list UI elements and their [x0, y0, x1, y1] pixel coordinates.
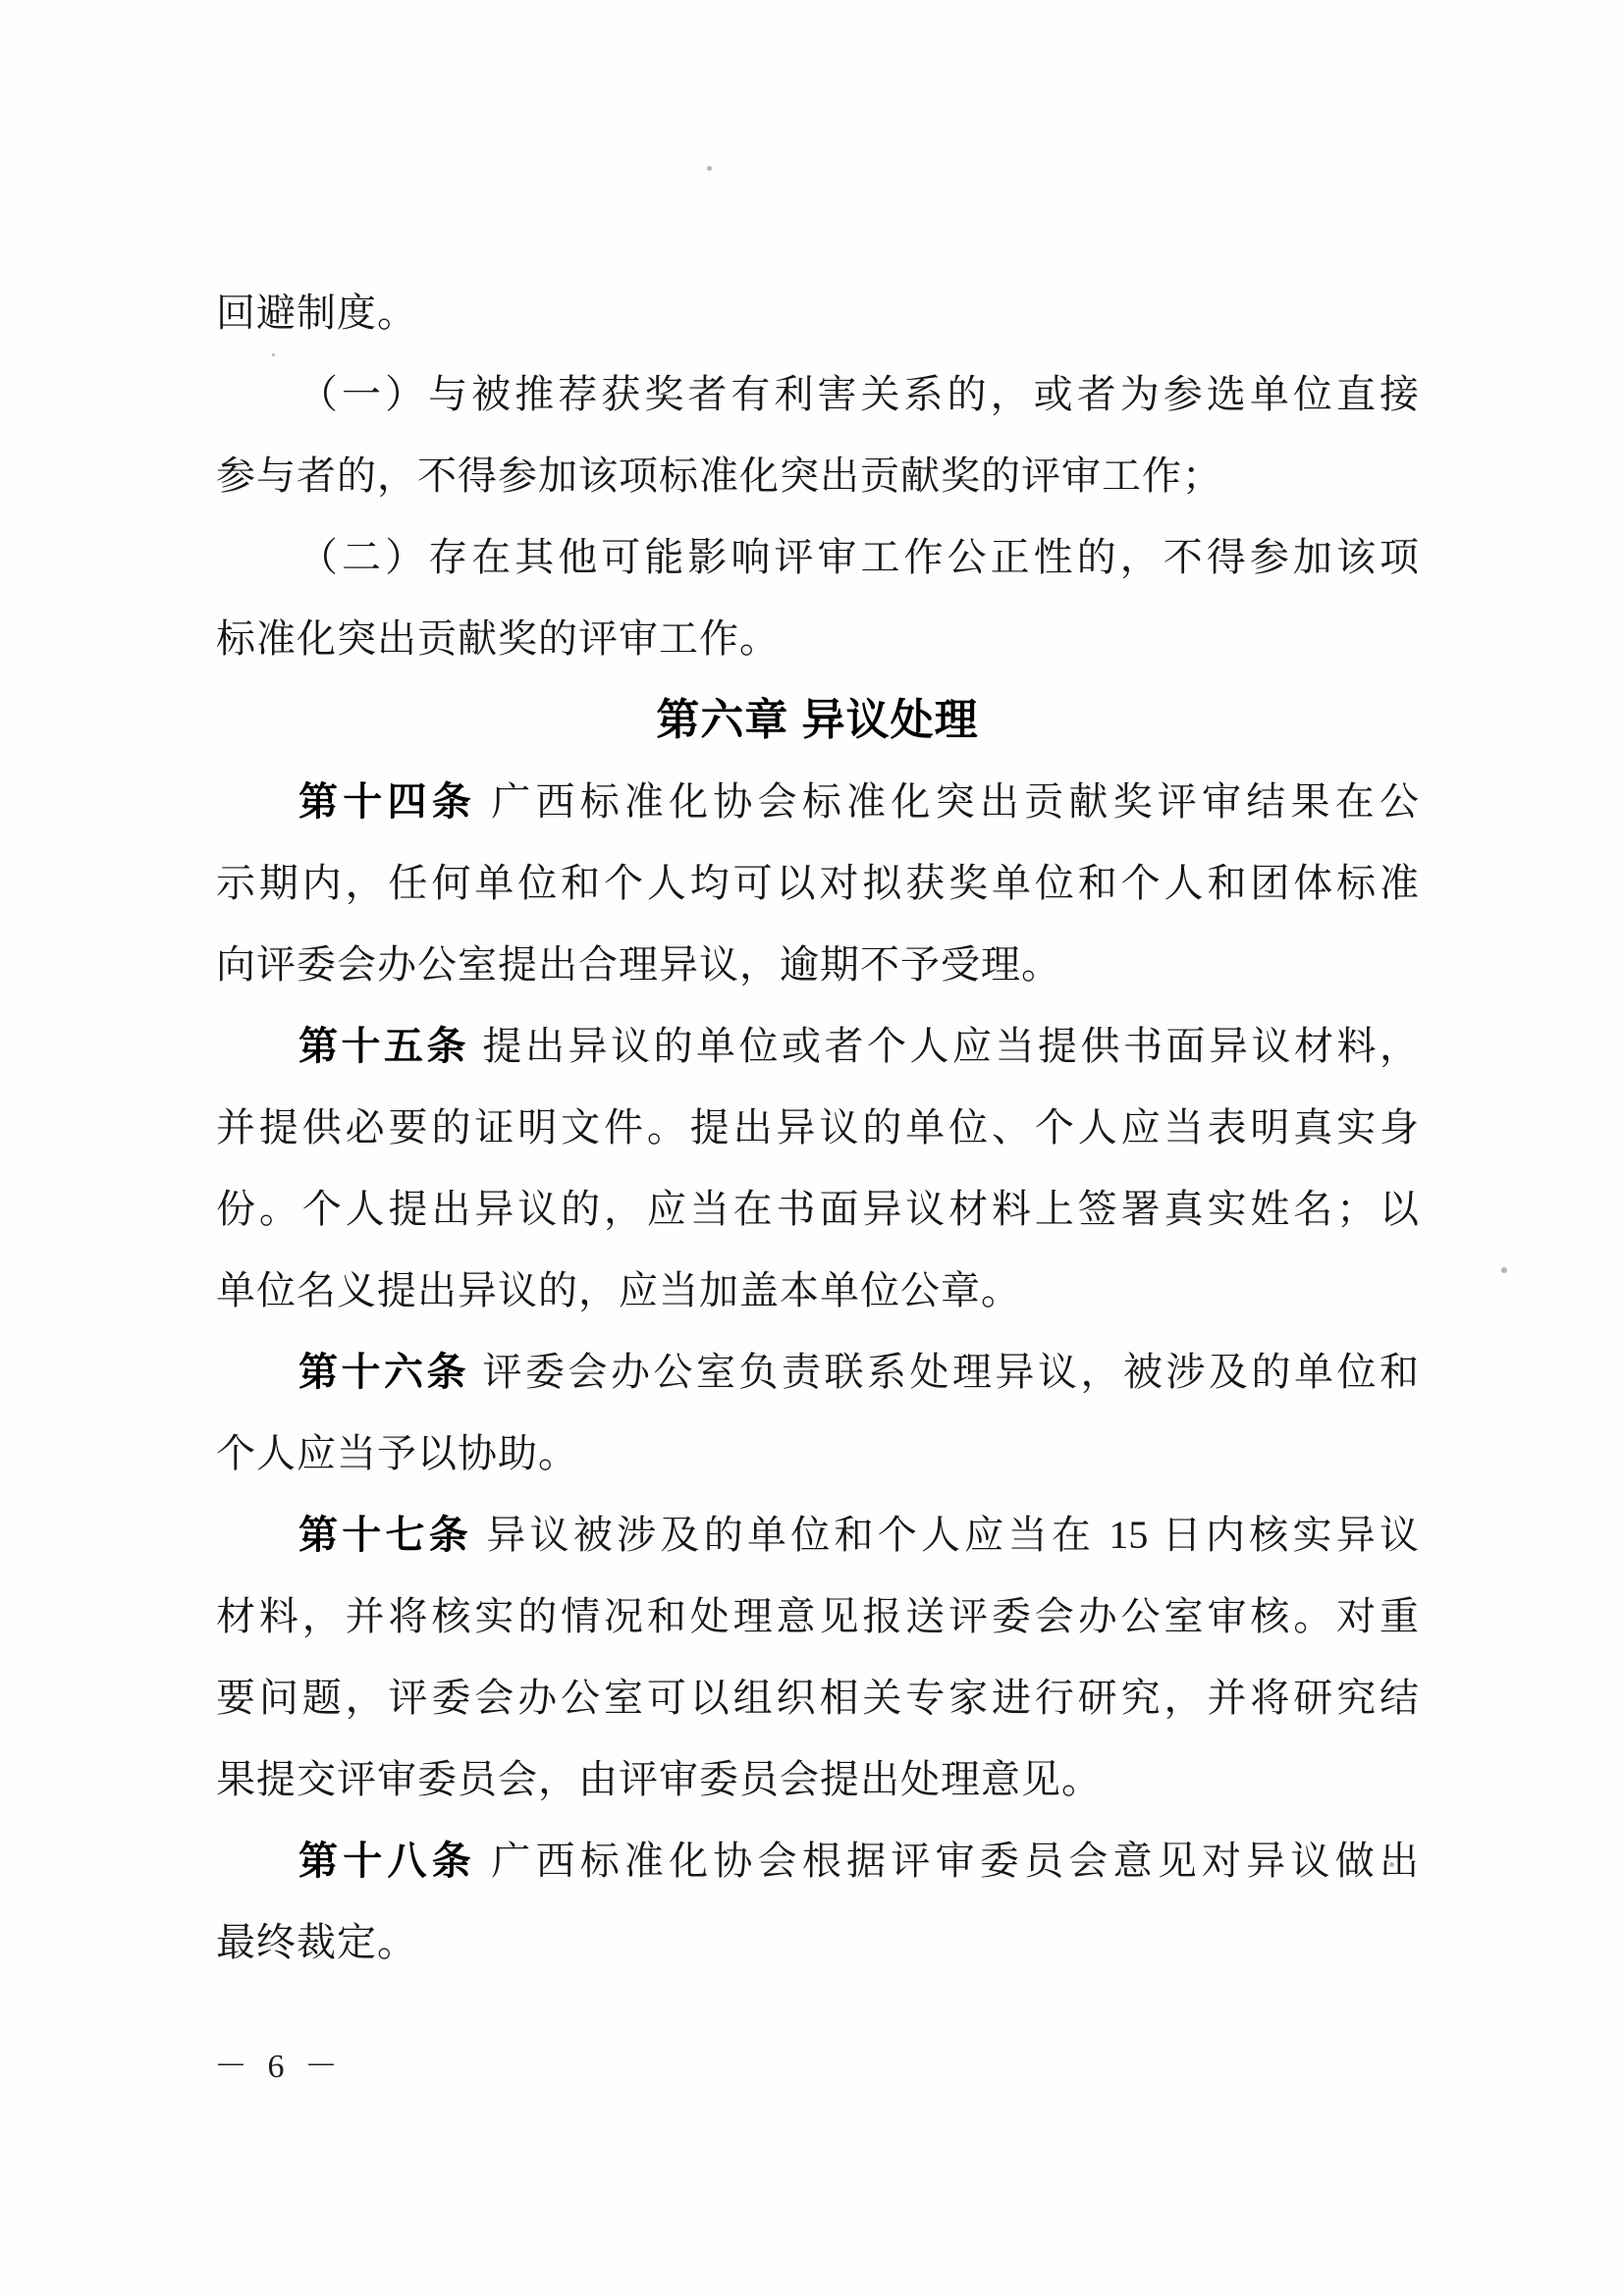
text-line: 最终裁定。: [216, 1901, 1419, 1983]
text-line: 第十四条 广西标准化协会标准化突出贡献奖评审结果在公: [216, 761, 1419, 842]
text-run: 材料，并将核实的情况和处理意见报送评委会办公室审核。对重: [216, 1594, 1419, 1638]
text-line: 并提供必要的证明文件。提出异议的单位、个人应当表明真实身: [216, 1087, 1419, 1168]
text-run: （一）与被推荐获奖者有利害关系的，或者为参选单位直接: [298, 372, 1419, 416]
bold-run: 第十五条: [298, 1025, 469, 1068]
scan-speck: [707, 166, 712, 171]
page-number: － 6 －: [214, 2048, 344, 2087]
text-line: 第十五条 提出异议的单位或者个人应当提供书面异议材料，: [216, 1005, 1419, 1087]
text-line: 第十七条 异议被涉及的单位和个人应当在 15 日内核实异议: [216, 1494, 1419, 1575]
scan-speck: [272, 353, 275, 356]
text-run: 回避制度。: [216, 291, 417, 335]
text-run: 最终裁定。: [216, 1920, 417, 1964]
text-line: 单位名义提出异议的，应当加盖本单位公章。: [216, 1250, 1419, 1331]
text-run: 个人应当予以协助。: [216, 1431, 578, 1475]
text-line: 个人应当予以协助。: [216, 1413, 1419, 1494]
text-run: 向评委会办公室提出合理异议，逾期不予受理。: [216, 942, 1061, 987]
text-run: 单位名义提出异议的，应当加盖本单位公章。: [216, 1268, 1021, 1312]
text-line: 第十八条 广西标准化协会根据评审委员会意见对异议做出: [216, 1820, 1419, 1901]
text-line: 第十六条 评委会办公室负责联系处理异议，被涉及的单位和: [216, 1331, 1419, 1413]
scan-speck: [1389, 1862, 1394, 1867]
text-run: 评委会办公室负责联系处理异议，被涉及的单位和: [469, 1350, 1419, 1394]
bold-run: 第十四条: [298, 780, 476, 824]
text-line: 示期内，任何单位和个人均可以对拟获奖单位和个人和团体标准: [216, 842, 1419, 924]
text-run: 份。个人提出异议的，应当在书面异议材料上签署真实姓名；以: [216, 1187, 1419, 1231]
text-line: 回避制度。: [216, 272, 1419, 353]
text-line: 向评委会办公室提出合理异议，逾期不予受理。: [216, 924, 1419, 1005]
bold-run: 第十六条: [298, 1351, 469, 1394]
text-run: 广西标准化协会根据评审委员会意见对异议做出: [476, 1839, 1419, 1883]
text-run: 异议被涉及的单位和个人应当在 15 日内核实异议: [472, 1513, 1419, 1557]
text-line: 材料，并将核实的情况和处理意见报送评委会办公室审核。对重: [216, 1575, 1419, 1657]
text-line: （一）与被推荐获奖者有利害关系的，或者为参选单位直接: [216, 353, 1419, 435]
document-page: 回避制度。（一）与被推荐获奖者有利害关系的，或者为参选单位直接参与者的，不得参加…: [0, 0, 1623, 2296]
text-line: 标准化突出贡献奖的评审工作。: [216, 598, 1419, 679]
text-run: 果提交评审委员会，由评审委员会提出处理意见。: [216, 1757, 1102, 1801]
text-run: 标准化突出贡献奖的评审工作。: [216, 616, 780, 661]
text-run: 广西标准化协会标准化突出贡献奖评审结果在公: [476, 779, 1419, 824]
text-line: 份。个人提出异议的，应当在书面异议材料上签署真实姓名；以: [216, 1168, 1419, 1250]
text-run: 并提供必要的证明文件。提出异议的单位、个人应当表明真实身: [216, 1105, 1419, 1149]
text-line: 参与者的，不得参加该项标准化突出贡献奖的评审工作；: [216, 435, 1419, 516]
text-run: 参与者的，不得参加该项标准化突出贡献奖的评审工作；: [216, 454, 1222, 498]
text-line: 要问题，评委会办公室可以组织相关专家进行研究，并将研究结: [216, 1657, 1419, 1738]
text-line: 果提交评审委员会，由评审委员会提出处理意见。: [216, 1738, 1419, 1820]
text-run: 提出异议的单位或者个人应当提供书面异议材料，: [469, 1024, 1419, 1068]
text-run: 示期内，任何单位和个人均可以对拟获奖单位和个人和团体标准: [216, 861, 1419, 905]
page-body: 回避制度。（一）与被推荐获奖者有利害关系的，或者为参选单位直接参与者的，不得参加…: [216, 272, 1419, 1983]
bold-run: 第十七条: [298, 1514, 472, 1557]
bold-run: 第十八条: [298, 1840, 476, 1883]
text-line: （二）存在其他可能影响评审工作公正性的，不得参加该项: [216, 516, 1419, 598]
chapter-heading: 第六章 异议处理: [216, 679, 1419, 761]
scan-speck: [1501, 1267, 1507, 1273]
text-run: （二）存在其他可能影响评审工作公正性的，不得参加该项: [298, 535, 1419, 579]
text-run: 要问题，评委会办公室可以组织相关专家进行研究，并将研究结: [216, 1676, 1419, 1720]
bold-run: 第六章 异议处理: [656, 696, 978, 744]
